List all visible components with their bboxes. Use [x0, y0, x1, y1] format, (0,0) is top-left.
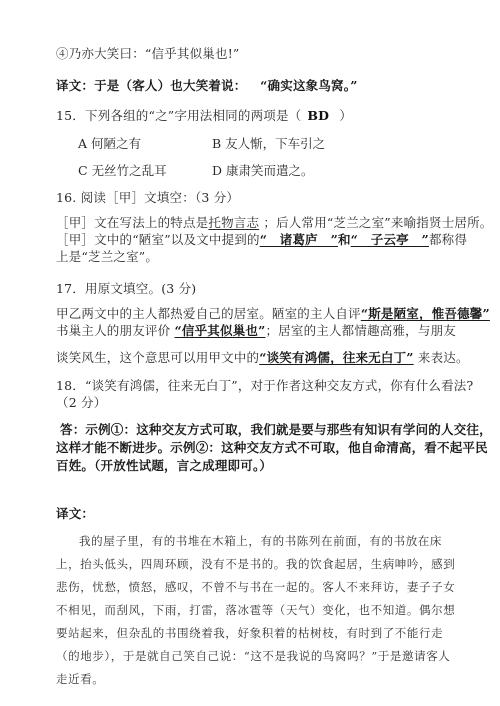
q14-translation-quote: “确实这象鸟窝。” [260, 78, 357, 93]
q17-stem: 17．用原文填空。(3 分) [56, 281, 196, 297]
q14-translation-text: 于是（客人）也大笑着说： [94, 78, 246, 93]
q15-option-b: B 友人惭，下车引之 [212, 136, 325, 152]
translation-heading: 译文： [56, 506, 94, 522]
q16-line1-prefix: ［甲］文在写法上的特点是 [56, 215, 208, 230]
q14-sentence: ④乃亦大笑曰：“信乎其似巢也!” [56, 46, 240, 62]
q14-translation-label: 译文： [56, 78, 94, 93]
q17-line2-prefix: 书巢主人的朋友评价 [56, 323, 170, 338]
q16-answer-technique: 托物言志 [208, 215, 259, 230]
option-text: 友人惭，下车引之 [225, 136, 325, 151]
option-letter: B [212, 136, 221, 151]
q16-answer-2: “ 子云亭 ” [351, 232, 429, 247]
option-letter: A [78, 136, 87, 151]
option-text: 康肃笑而遣之。 [226, 163, 314, 178]
q17-line3-suffix: 来表达。 [418, 350, 469, 365]
q17-answer-2: “信乎其似巢也” [175, 323, 266, 338]
option-text: 何陋之有 [91, 136, 141, 151]
option-letter: C [78, 163, 88, 178]
q16-line1-suffix: ；后人常用“芝兰之室”来喻指贤士居所。 [263, 215, 492, 230]
q16-line2-mid: 和 [338, 232, 351, 247]
q16-stem: 16. 阅读［甲］文填空：（3 分） [56, 190, 239, 206]
q15-option-d: D 康肃笑而遣之。 [212, 163, 314, 179]
q16-line2: ［甲］文中的“陋室”以及文中提到的“ 诸葛庐 ”和“ 子云亭 ”都称得 [56, 232, 467, 248]
q18-answer-line1: 答：示例①：这种交友方式可取，我们就是要与那些有知识有学问的人交往， [60, 422, 492, 438]
q16-line3: 上是“芝兰之室”。 [56, 249, 158, 265]
q17-line2-suffix: ；居室的主人都情趣高雅，与朋友 [265, 323, 456, 338]
q15-stem: 15．下列各组的“之”字用法相同的两项是（BD ） [56, 108, 352, 124]
q16-answer-1: “ 诸葛庐 ” [260, 232, 338, 247]
option-text: 无丝竹之乱耳 [92, 163, 167, 178]
q17-line1: 甲乙两文中的主人都热爱自己的居室。陋室的主人自评“斯是陋室，惟吾德馨” [56, 306, 490, 322]
q16-line1: ［甲］文在写法上的特点是托物言志 ；后人常用“芝兰之室”来喻指贤士居所。 [56, 215, 493, 231]
option-letter: D [212, 163, 222, 178]
q17-answer-1: “斯是陋室，惟吾德馨” [361, 306, 490, 321]
q15-answer: BD [307, 108, 329, 123]
q15-stem-text: 15．下列各组的“之”字用法相同的两项是（ [56, 108, 301, 123]
q14-translation: 译文：于是（客人）也大笑着说： “确实这象鸟窝。” [56, 78, 358, 94]
q18-answer-line3: 百姓。（开放性试题，言之成理即可。） [56, 458, 272, 474]
translation-paragraph: 我的屋子里，有的书堆在木箱上，有的书陈列在前面，有的书放在床上，抬头低头，四周环… [56, 530, 456, 691]
q18-stem-line1: 18．“谈笑有鸿儒，往来无白丁”，对于作者这种交友方式，你有什么看法? [56, 378, 473, 394]
q17-line3-prefix: 谈笑风生，这个意思可以用甲文中的 [56, 350, 259, 365]
q17-line1-prefix: 甲乙两文中的主人都热爱自己的居室。陋室的主人自评 [56, 306, 361, 321]
q15-option-a: A 何陋之有 [78, 136, 141, 152]
q18-answer-line2: 这样才能不断进步。示例②：这种交友方式不可取，他自命清高，看不起平民 [56, 440, 488, 456]
q15-option-c: C 无丝竹之乱耳 [78, 163, 167, 179]
q18-stem-line2: （2 分） [56, 395, 106, 411]
q17-line2: 书巢主人的朋友评价 “信乎其似巢也”；居室的主人都情趣高雅，与朋友 [56, 323, 456, 339]
q16-line2-suffix: 都称得 [429, 232, 467, 247]
q17-answer-3: “谈笑有鸿儒，往来无白丁” [259, 350, 413, 365]
q15-stem-close: ） [339, 108, 352, 123]
q16-line2-prefix: ［甲］文中的“陋室”以及文中提到的 [56, 232, 260, 247]
q17-line3: 谈笑风生，这个意思可以用甲文中的“谈笑有鸿儒，往来无白丁” 来表达。 [56, 350, 469, 366]
